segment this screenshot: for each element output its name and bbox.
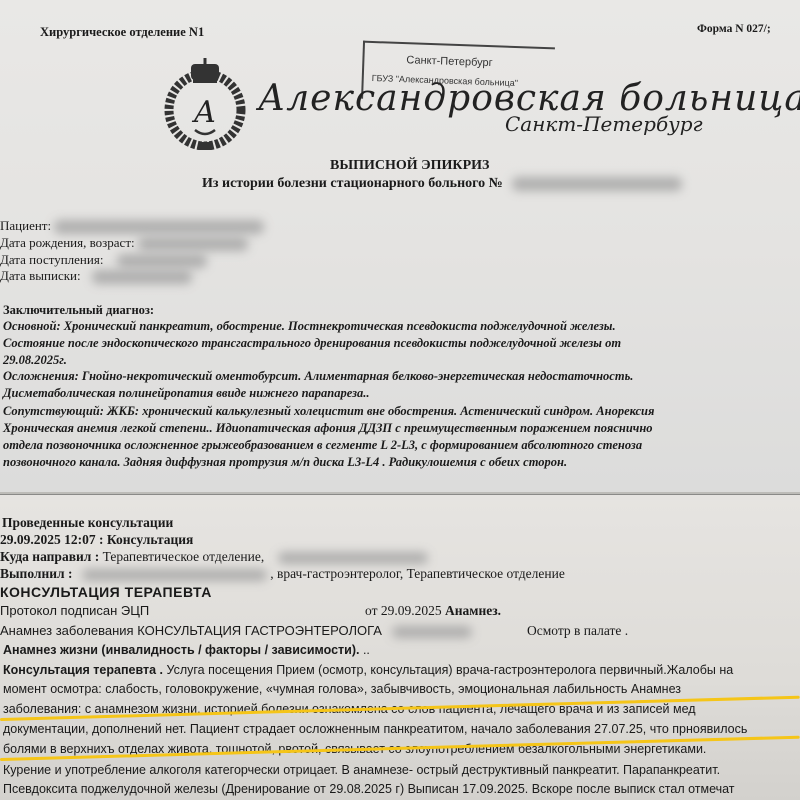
consultations-heading: Проведенные консультации <box>2 515 173 531</box>
referred-row: Куда направил : Терапевтическое отделени… <box>0 549 428 565</box>
diagnosis-line: позвоночного канала. Задняя диффузная пр… <box>3 455 567 470</box>
performed-value: , врач-гастроэнтеролог, Терапевтическое … <box>270 566 565 581</box>
body-line: Курение и употребление алкоголя категорч… <box>3 763 720 777</box>
therapist-row: Консультация терапевта . Услуга посещени… <box>3 663 733 677</box>
admission-date-field: Дата поступления: <box>0 252 207 268</box>
consultation-datetime: 29.09.2025 12:07 : Консультация <box>0 532 193 548</box>
diagnosis-line: Хроническая анемия легкой степени.. Идио… <box>3 421 653 436</box>
signed-label: Протокол подписан ЭЦП <box>0 603 149 618</box>
diagnosis-line: Дисметаболическая полинейропатия ввиде н… <box>3 386 370 401</box>
redacted-value <box>54 220 264 234</box>
stamp-city: Санкт-Петербург <box>406 54 493 69</box>
referred-value: Терапевтическое отделение, <box>103 549 265 564</box>
body-line: момент осмотра: слабость, головокружение… <box>3 682 681 696</box>
consultation-title: КОНСУЛЬТАЦИЯ ТЕРАПЕВТА <box>0 584 212 600</box>
birthdate-label: Дата рождения, возраст: <box>0 235 135 250</box>
diagnosis-line: 29.08.2025г. <box>3 353 67 368</box>
redacted-record-number <box>512 177 682 191</box>
therapist-label: Консультация терапевта . <box>3 663 163 677</box>
redacted-value <box>392 626 472 638</box>
performed-label: Выполнил : <box>0 566 72 581</box>
redacted-value <box>92 270 192 284</box>
disease-anamnesis-row: Анамнез заболевания КОНСУЛЬТАЦИЯ ГАСТРОЭ… <box>0 623 472 638</box>
diagnosis-heading: Заключительный диагноз: <box>3 303 154 318</box>
discharge-label: Дата выписки: <box>0 268 81 283</box>
subtitle-text: Из истории болезни стационарного больног… <box>202 176 503 191</box>
body-line: Услуга посещения Прием (осмотр, консульт… <box>163 663 733 677</box>
redacted-value <box>278 552 428 564</box>
crown-wreath-monogram-logo-icon: A <box>155 58 255 150</box>
diagnosis-line: отдела позвоночника осложненное грыжеобр… <box>3 438 642 453</box>
redacted-value <box>138 237 248 251</box>
diagnosis-line: Сопутствующий: ЖКБ: хронический калькуле… <box>3 404 654 419</box>
discharge-summary-page: Хирургическое отделение N1 Форма N 027/;… <box>0 0 800 492</box>
body-line: документации, дополнений нет. Пациент ст… <box>3 722 747 736</box>
redacted-value <box>117 254 207 268</box>
birthdate-field: Дата рождения, возраст: <box>0 235 248 251</box>
hospital-city: Санкт-Петербург <box>505 112 703 136</box>
patient-field: Пациент: <box>0 218 264 234</box>
admission-label: Дата поступления: <box>0 252 103 267</box>
patient-label: Пациент: <box>0 218 51 233</box>
signed-row: от 29.09.2025 Анамнез. <box>365 603 501 619</box>
form-number: Форма N 027/; <box>697 23 771 35</box>
life-anamnesis: Анамнез жизни (инвалидность / факторы / … <box>3 643 359 657</box>
discharge-date-field: Дата выписки: <box>0 268 192 284</box>
consultation-page: Проведенные консультации 29.09.2025 12:0… <box>0 494 800 800</box>
svg-text:A: A <box>191 95 216 130</box>
life-anamnesis-row: Анамнез жизни (инвалидность / факторы / … <box>3 643 370 657</box>
document-title: ВЫПИСНОЙ ЭПИКРИЗ <box>330 158 489 174</box>
disease-anamnesis: Анамнез заболевания КОНСУЛЬТАЦИЯ ГАСТРОЭ… <box>0 623 382 638</box>
diagnosis-line: Состояние после эндоскопического трансга… <box>3 336 621 351</box>
referred-label: Куда направил : <box>0 549 99 564</box>
exam-place: Осмотр в палате . <box>527 623 628 639</box>
document-subtitle: Из истории болезни стационарного больног… <box>202 176 682 192</box>
body-line: Псевдоксита поджелудочной железы (Дренир… <box>3 782 735 796</box>
redacted-doctor-name <box>82 569 267 581</box>
life-anamnesis-tail: .. <box>359 643 369 657</box>
anamnesis-label: Анамнез. <box>445 603 501 618</box>
performed-row: Выполнил : , врач-гастроэнтеролог, Терап… <box>0 566 565 582</box>
signed-date: от 29.09.2025 <box>365 603 442 618</box>
diagnosis-line: Осложнения: Гнойно-некротический оментоб… <box>3 369 633 384</box>
diagnosis-line: Основной: Хронический панкреатит, обостр… <box>3 319 616 334</box>
department-label: Хирургическое отделение N1 <box>40 25 204 40</box>
